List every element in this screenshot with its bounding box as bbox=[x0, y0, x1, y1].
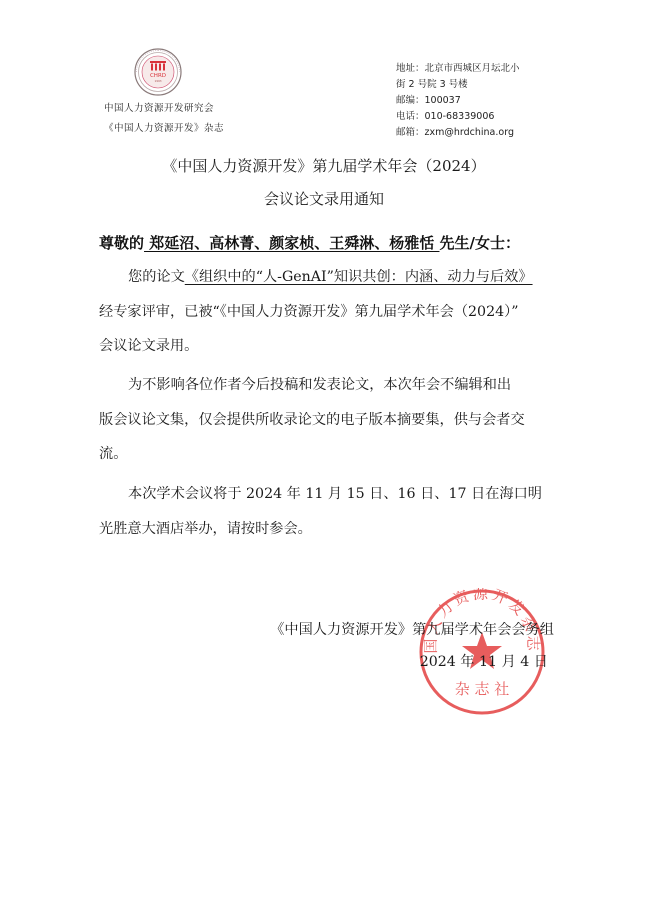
author-names: 郑延沼、高林菁、颜家桢、王舜淋、杨雅恬 bbox=[144, 234, 439, 252]
chrd-logo-icon: CHRD 1993 bbox=[134, 48, 182, 96]
paragraph-line: 光胜意大酒店举办，请按时参会。 bbox=[99, 512, 555, 547]
paper-lead: 您的论文 bbox=[128, 269, 185, 285]
paragraph-acceptance: 您的论文《组织中的“人-GenAI”知识共创：内涵、动力与后效》 经专家评审，已… bbox=[99, 260, 555, 364]
salutation-suffix: 先生/女士： bbox=[439, 234, 519, 252]
salutation-prefix: 尊敬的 bbox=[99, 234, 144, 252]
paragraph-line: 为不影响各位作者今后投稿和发表论文，本次年会不编辑和出 bbox=[99, 368, 555, 403]
contact-postcode: 邮编：100037 bbox=[396, 93, 520, 109]
signature-org: 《中国人力资源开发》第九届学术年会会务组 bbox=[270, 620, 554, 640]
document-title: 《中国人力资源开发》第九届学术年会（2024） bbox=[0, 155, 648, 176]
contact-email: 邮箱：zxm@hrdchina.org bbox=[396, 125, 520, 141]
signature-date: 2024 年 11 月 4 日 bbox=[420, 652, 548, 672]
paragraph-line: 流。 bbox=[99, 437, 555, 472]
salutation: 尊敬的 郑延沼、高林菁、颜家桢、王舜淋、杨雅恬 先生/女士： bbox=[99, 232, 520, 253]
paper-title: 《组织中的“人-GenAI”知识共创：内涵、动力与后效》 bbox=[185, 269, 533, 285]
paragraph-schedule: 本次学术会议将于 2024 年 11 月 15 日、16 日、17 日在海口明 … bbox=[99, 477, 555, 546]
org-name-research-society: 中国人力资源开发研究会 bbox=[104, 100, 214, 114]
paragraph-proceedings: 为不影响各位作者今后投稿和发表论文，本次年会不编辑和出 版会议论文集，仅会提供所… bbox=[99, 368, 555, 472]
paragraph-line: 本次学术会议将于 2024 年 11 月 15 日、16 日、17 日在海口明 bbox=[99, 477, 555, 512]
org-name-magazine: 《中国人力资源开发》杂志 bbox=[104, 120, 224, 134]
svg-text:杂 志 社: 杂 志 社 bbox=[455, 680, 510, 698]
contact-info: 地址：北京市西城区月坛北小 街 2 号院 3 号楼 邮编：100037 电话：0… bbox=[396, 61, 520, 141]
paragraph-line: 经专家评审，已被“《中国人力资源开发》第九届学术年会（2024）” bbox=[99, 295, 555, 330]
document-subtitle: 会议论文录用通知 bbox=[0, 188, 648, 209]
contact-address-line-1: 地址：北京市西城区月坛北小 bbox=[396, 61, 520, 77]
svg-text:1993: 1993 bbox=[154, 79, 161, 83]
contact-phone: 电话：010-68339006 bbox=[396, 109, 520, 125]
paragraph-line: 版会议论文集，仅会提供所收录论文的电子版本摘要集，供与会者交 bbox=[99, 403, 555, 438]
paragraph-line: 会议论文录用。 bbox=[99, 329, 555, 364]
contact-address-line-2: 街 2 号院 3 号楼 bbox=[396, 77, 520, 93]
